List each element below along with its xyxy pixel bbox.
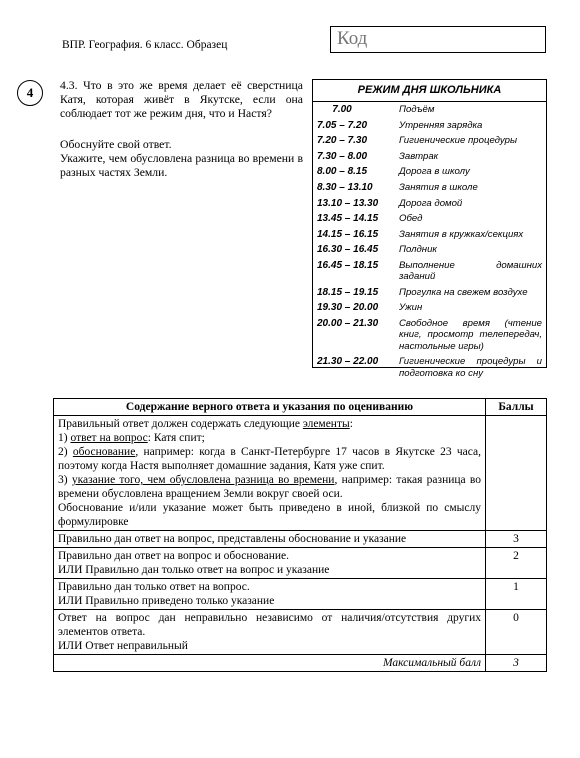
instruction-explain: Укажите, чем обусловлена разница во врем… bbox=[60, 152, 303, 180]
schedule-row: 14.15 – 16.15Занятия в кружках/секциях bbox=[313, 229, 546, 240]
element-2-number: 2) bbox=[58, 446, 73, 458]
criteria-score-empty bbox=[486, 416, 547, 531]
schedule-time: 8.00 – 8.15 bbox=[313, 166, 399, 177]
grading-row: Правильно дан ответ на вопрос, представл… bbox=[54, 531, 547, 548]
schedule-row: 8.30 – 13.10Занятия в школе bbox=[313, 182, 546, 193]
grading-header-row: Содержание верного ответа и указания по … bbox=[54, 399, 547, 416]
schedule-activity: Дорога в школу bbox=[399, 166, 546, 177]
element-3-number: 3) bbox=[58, 474, 72, 486]
schedule-title: РЕЖИМ ДНЯ ШКОЛЬНИКА bbox=[313, 80, 546, 102]
grading-table: Содержание верного ответа и указания по … bbox=[53, 398, 547, 672]
criteria-intro-underlined: элементы bbox=[303, 418, 350, 430]
criteria-note: Обоснование и/или указание может быть пр… bbox=[58, 502, 481, 528]
schedule-row: 7.05 – 7.20Утренняя зарядка bbox=[313, 120, 546, 131]
grading-description: Ответ на вопрос дан неправильно независи… bbox=[54, 610, 486, 655]
task-question: 4.3. Что в это же время делает её сверст… bbox=[60, 79, 303, 180]
grading-description: Правильно дан ответ на вопрос и обоснова… bbox=[54, 548, 486, 579]
schedule-row: 7.30 – 8.00Завтрак bbox=[313, 151, 546, 162]
grading-line: ИЛИ Правильно дан только ответ на вопрос… bbox=[58, 564, 329, 576]
criteria-intro: Правильный ответ должен содержать следую… bbox=[58, 418, 303, 430]
schedule-time: 20.00 – 21.30 bbox=[313, 318, 399, 352]
schedule-time: 7.20 – 7.30 bbox=[313, 135, 399, 146]
criteria-row: Правильный ответ должен содержать следую… bbox=[54, 416, 547, 531]
schedule-activity: Обед bbox=[399, 213, 546, 224]
grading-line: Правильно дан ответ на вопрос и обоснова… bbox=[58, 550, 289, 562]
grading-line: Правильно дан только ответ на вопрос. bbox=[58, 581, 250, 593]
code-label: Код bbox=[337, 28, 367, 50]
schedule-activity: Завтрак bbox=[399, 151, 546, 162]
schedule-activity: Утренняя зарядка bbox=[399, 120, 546, 131]
grading-line: Правильно дан ответ на вопрос, представл… bbox=[58, 533, 406, 545]
grading-row: Правильно дан ответ на вопрос и обоснова… bbox=[54, 548, 547, 579]
max-score-value: 3 bbox=[486, 655, 547, 672]
grading-score: 1 bbox=[486, 579, 547, 610]
schedule-activity: Дорога домой bbox=[399, 198, 546, 209]
code-field[interactable]: Код bbox=[330, 26, 546, 53]
schedule-row: 18.15 – 19.15Прогулка на свежем воздухе bbox=[313, 287, 546, 298]
schedule-time: 14.15 – 16.15 bbox=[313, 229, 399, 240]
schedule-activity: Прогулка на свежем воздухе bbox=[399, 287, 546, 298]
daily-schedule-box: РЕЖИМ ДНЯ ШКОЛЬНИКА 7.00Подъём7.05 – 7.2… bbox=[312, 79, 547, 368]
schedule-time: 13.10 – 13.30 bbox=[313, 198, 399, 209]
schedule-row: 16.30 – 16.45Полдник bbox=[313, 244, 546, 255]
max-score-row: Максимальный балл3 bbox=[54, 655, 547, 672]
grading-line: ИЛИ Правильно приведено только указание bbox=[58, 595, 274, 607]
schedule-activity: Занятия в школе bbox=[399, 182, 546, 193]
schedule-row: 21.30 – 22.00Гигиенические процедуры и п… bbox=[313, 356, 546, 379]
schedule-activity: Выполнение домашних заданий bbox=[399, 260, 546, 283]
element-1-number: 1) bbox=[58, 432, 70, 444]
task-number-badge: 4 bbox=[17, 80, 43, 106]
grading-description: Правильно дан ответ на вопрос, представл… bbox=[54, 531, 486, 548]
schedule-time: 16.45 – 18.15 bbox=[313, 260, 399, 283]
max-score-label: Максимальный балл bbox=[54, 655, 486, 672]
element-2-label: обоснование bbox=[73, 446, 135, 458]
grading-score: 2 bbox=[486, 548, 547, 579]
schedule-activity: Ужин bbox=[399, 302, 546, 313]
grading-line: Ответ на вопрос дан неправильно независи… bbox=[58, 612, 481, 638]
schedule-activity: Полдник bbox=[399, 244, 546, 255]
header-score: Баллы bbox=[486, 399, 547, 416]
schedule-time: 18.15 – 19.15 bbox=[313, 287, 399, 298]
grading-score: 3 bbox=[486, 531, 547, 548]
schedule-time: 7.00 bbox=[313, 104, 399, 115]
schedule-time: 21.30 – 22.00 bbox=[313, 356, 399, 379]
schedule-row: 7.00Подъём bbox=[313, 104, 546, 115]
schedule-activity: Занятия в кружках/секциях bbox=[399, 229, 546, 240]
schedule-activity: Свободное время (чтение книг, просмотр т… bbox=[399, 318, 546, 352]
schedule-rows: 7.00Подъём7.05 – 7.20Утренняя зарядка7.2… bbox=[313, 102, 546, 379]
grading-row: Ответ на вопрос дан неправильно независи… bbox=[54, 610, 547, 655]
schedule-time: 19.30 – 20.00 bbox=[313, 302, 399, 313]
schedule-row: 20.00 – 21.30Свободное время (чтение кни… bbox=[313, 318, 546, 352]
schedule-row: 7.20 – 7.30Гигиенические процедуры bbox=[313, 135, 546, 146]
grading-row: Правильно дан только ответ на вопрос.ИЛИ… bbox=[54, 579, 547, 610]
criteria-intro-end: : bbox=[350, 418, 353, 430]
schedule-time: 16.30 – 16.45 bbox=[313, 244, 399, 255]
criteria-description: Правильный ответ должен содержать следую… bbox=[54, 416, 486, 531]
grading-description: Правильно дан только ответ на вопрос.ИЛИ… bbox=[54, 579, 486, 610]
schedule-time: 7.30 – 8.00 bbox=[313, 151, 399, 162]
schedule-row: 13.45 – 14.15Обед bbox=[313, 213, 546, 224]
schedule-time: 7.05 – 7.20 bbox=[313, 120, 399, 131]
instruction-justify: Обоснуйте свой ответ. bbox=[60, 138, 303, 152]
schedule-row: 13.10 – 13.30Дорога домой bbox=[313, 198, 546, 209]
schedule-time: 13.45 – 14.15 bbox=[313, 213, 399, 224]
question-text: 4.3. Что в это же время делает её сверст… bbox=[60, 79, 303, 121]
document-header-title: ВПР. География. 6 класс. Образец bbox=[62, 39, 227, 51]
element-3-label: указание того, чем обусловлена разница в… bbox=[72, 474, 335, 486]
schedule-activity: Гигиенические процедуры bbox=[399, 135, 546, 146]
schedule-activity: Подъём bbox=[399, 104, 546, 115]
schedule-row: 16.45 – 18.15Выполнение домашних заданий bbox=[313, 260, 546, 283]
element-1-text: : Катя спит; bbox=[148, 432, 205, 444]
schedule-row: 19.30 – 20.00Ужин bbox=[313, 302, 546, 313]
schedule-activity: Гигиенические процедуры и подготовка ко … bbox=[399, 356, 546, 379]
grading-line: ИЛИ Ответ неправильный bbox=[58, 640, 188, 652]
schedule-time: 8.30 – 13.10 bbox=[313, 182, 399, 193]
header-content: Содержание верного ответа и указания по … bbox=[54, 399, 486, 416]
element-1-label: ответ на вопрос bbox=[70, 432, 147, 444]
schedule-row: 8.00 – 8.15Дорога в школу bbox=[313, 166, 546, 177]
grading-score: 0 bbox=[486, 610, 547, 655]
